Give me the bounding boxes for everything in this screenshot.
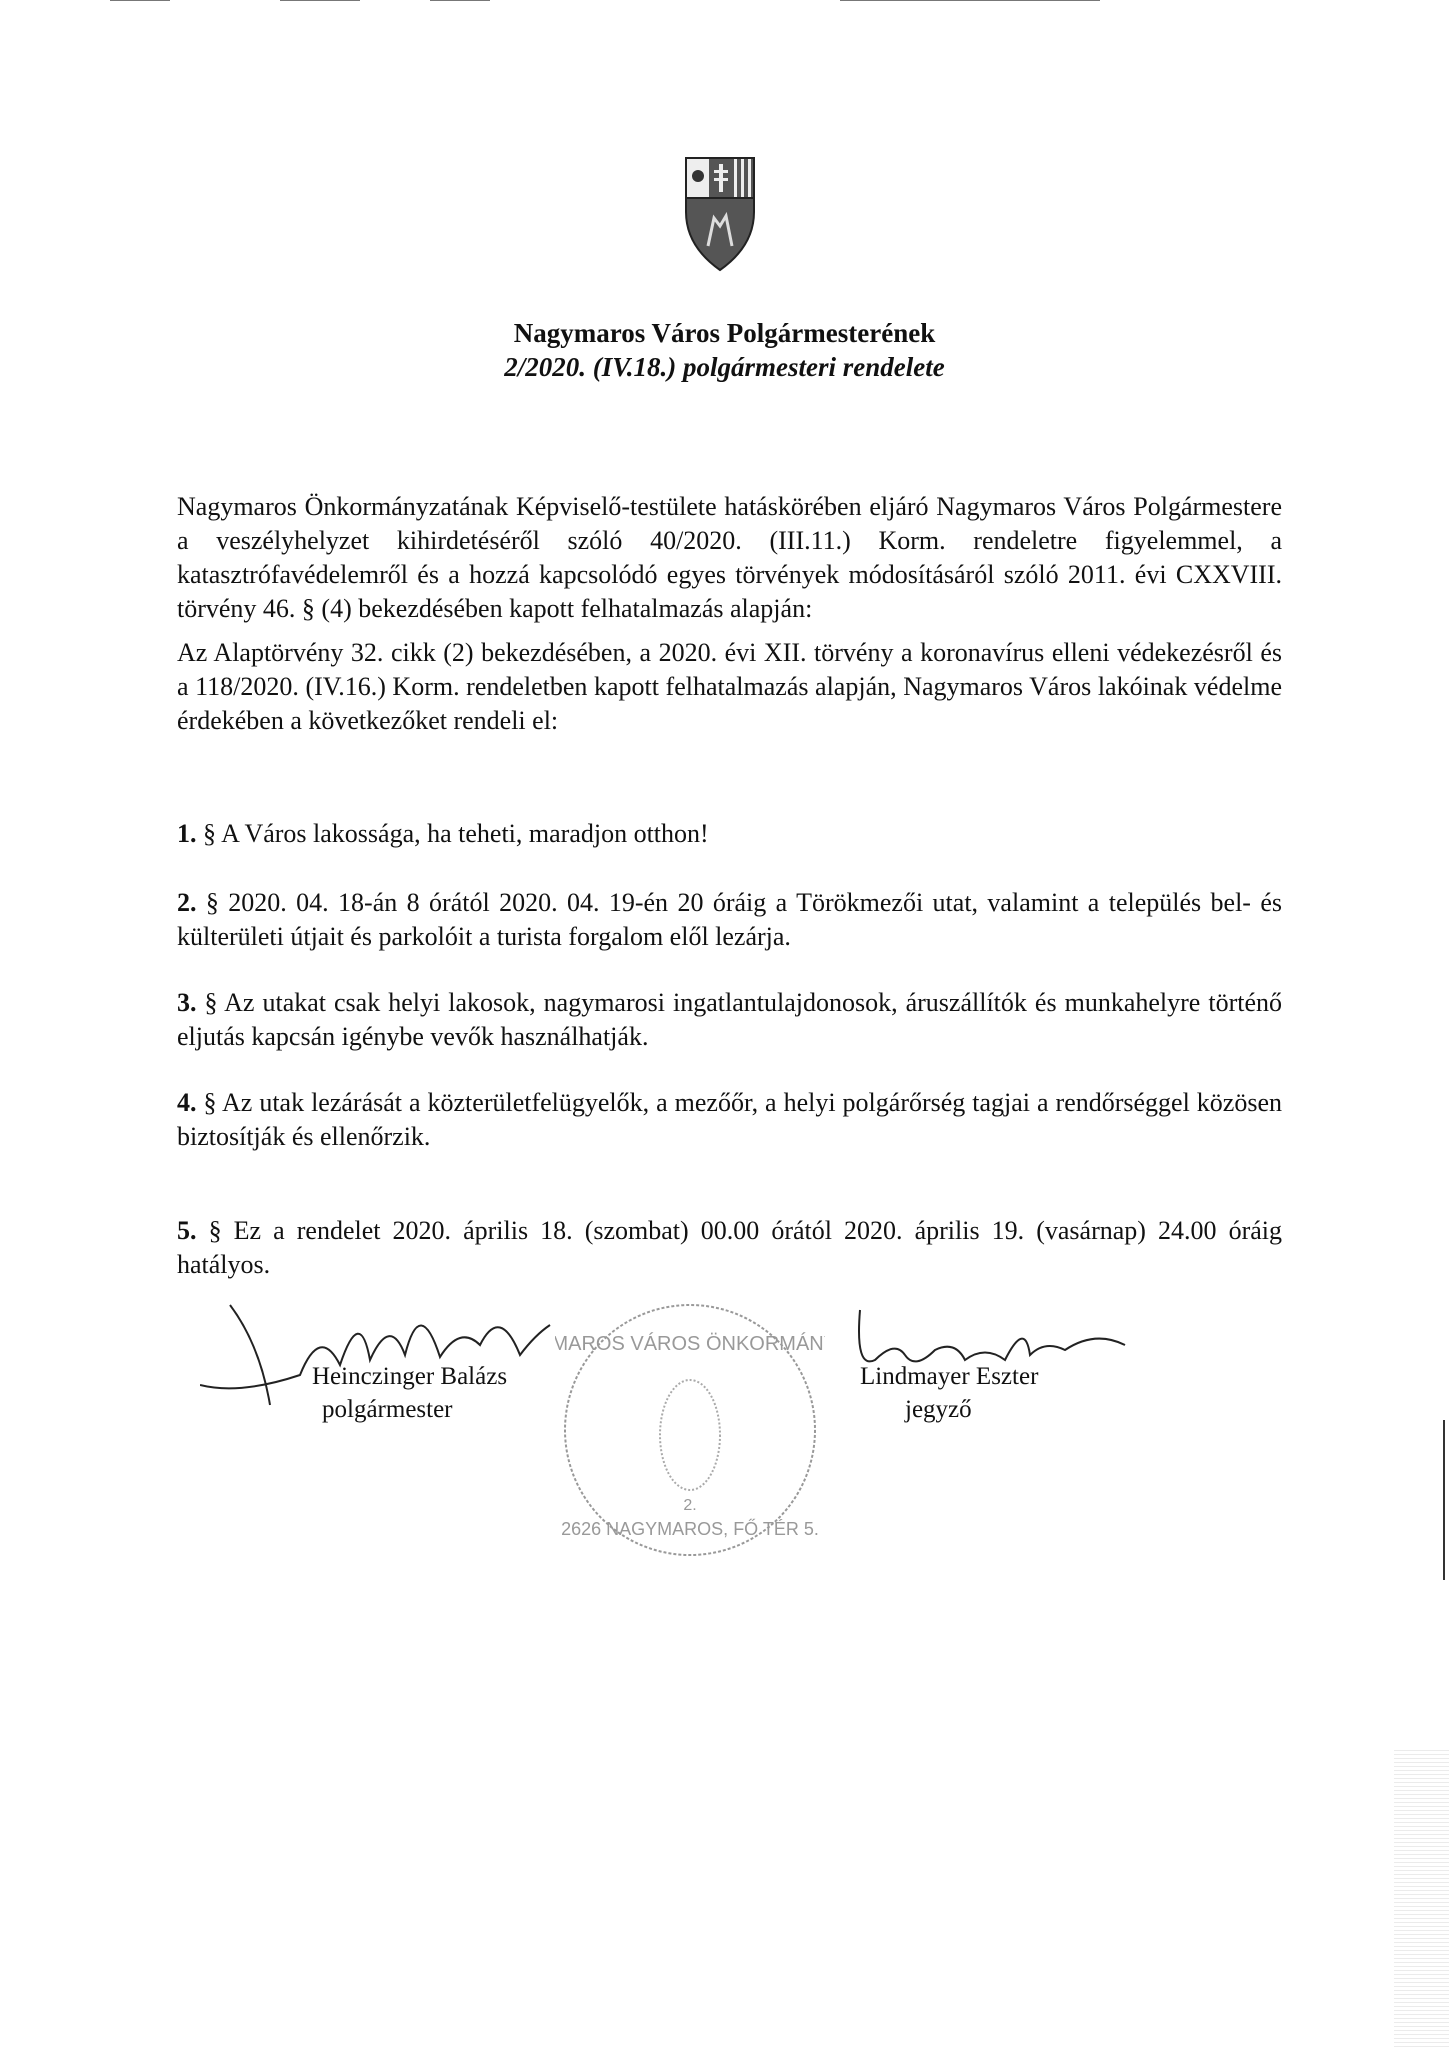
scan-top-edge bbox=[0, 0, 1449, 2]
section-3: 3. § Az utakat csak helyi lakosok, nagym… bbox=[177, 986, 1282, 1054]
section-1: 1. § A Város lakossága, ha teheti, marad… bbox=[177, 817, 1282, 851]
section-number: 4. bbox=[177, 1088, 197, 1117]
section-text: § Az utak lezárását a közterületfelügyel… bbox=[177, 1088, 1282, 1151]
section-text: § Az utakat csak helyi lakosok, nagymaro… bbox=[177, 988, 1282, 1051]
signatory-mayor-name: Heinczinger Balázs bbox=[312, 1363, 507, 1391]
signatory-notary-role: jegyző bbox=[905, 1396, 972, 1424]
preamble-paragraph-2: Az Alaptörvény 32. cikk (2) bekezdésében… bbox=[177, 636, 1282, 738]
signatory-mayor-role: polgármester bbox=[322, 1396, 453, 1424]
coat-of-arms-icon bbox=[684, 156, 756, 272]
section-number: 3. bbox=[177, 988, 197, 1017]
section-text: § 2020. 04. 18-án 8 órától 2020. 04. 19-… bbox=[177, 888, 1282, 951]
preamble-paragraph-1: Nagymaros Önkormányzatának Képviselő-tes… bbox=[177, 490, 1282, 626]
section-2: 2. § 2020. 04. 18-án 8 órától 2020. 04. … bbox=[177, 886, 1282, 954]
stamp-bottom-text: 2626 NAGYMAROS, FŐ TÉR 5. bbox=[561, 1518, 819, 1539]
section-text: § A Város lakossága, ha teheti, maradjon… bbox=[203, 819, 709, 848]
stamp-number: 2. bbox=[683, 1497, 696, 1514]
section-4: 4. § Az utak lezárását a közterületfelüg… bbox=[177, 1086, 1282, 1154]
scan-noise bbox=[1394, 1747, 1449, 2047]
scan-edge bbox=[1443, 1420, 1445, 1580]
stamp-top-text: NAGYMAROS VÁROS ÖNKORMÁNYZATA bbox=[555, 1332, 825, 1355]
document-title: Nagymaros Város Polgármesterének bbox=[0, 318, 1449, 349]
section-number: 5. bbox=[177, 1216, 197, 1245]
section-number: 2. bbox=[177, 888, 197, 917]
document-subtitle: 2/2020. (IV.18.) polgármesteri rendelete bbox=[0, 352, 1449, 383]
section-number: 1. bbox=[177, 819, 197, 848]
official-stamp-icon: NAGYMAROS VÁROS ÖNKORMÁNYZATA 2626 NAGYM… bbox=[555, 1295, 825, 1565]
signatory-notary-name: Lindmayer Eszter bbox=[860, 1363, 1038, 1391]
